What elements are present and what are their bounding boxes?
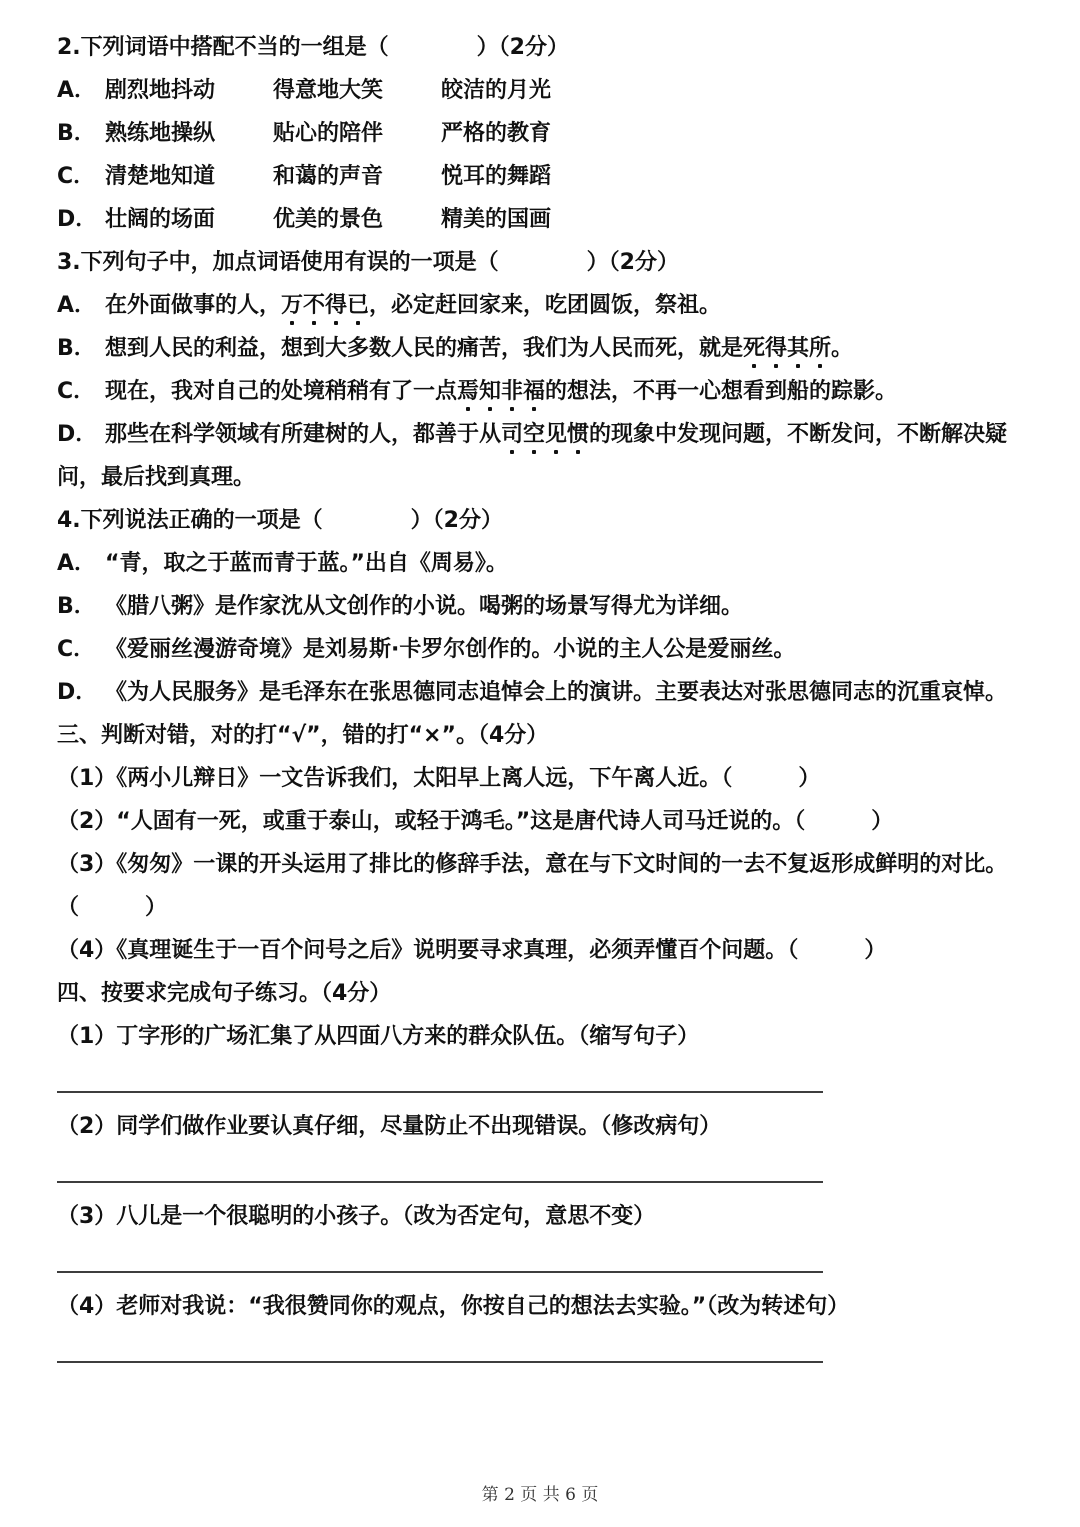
word-pair: 严格的教育: [441, 112, 551, 155]
section-sentence: 四、按要求完成句子练习。（4分） （1）丁字形的广场汇集了从四面八方来的群众队伍…: [57, 972, 1030, 1363]
answer-blank: （ ）: [57, 886, 1030, 929]
answer-line: [57, 1361, 823, 1363]
emphasized-word: 司空见惯: [501, 422, 589, 455]
question-2-stem: 2.下列词语中搭配不当的一组是（ ）（2分）: [57, 26, 1030, 69]
section-judge-title: 三、判断对错，对的打“√”，错的打“×”。（4分）: [57, 714, 1030, 757]
judge-item-text: （2）“人固有一死，或重于泰山，或轻于鸿毛。”这是唐代诗人司马迁说的。: [57, 809, 794, 834]
sentence-item-text: （3）八儿是一个很聪明的小孩子。（改为否定句，意思不变）: [57, 1195, 1030, 1238]
page-footer: 第 2 页 共 6 页: [0, 1480, 1080, 1505]
question-3-option-d: D．那些在科学领域有所建树的人，都善于从司空见惯的现象中发现问题，不断发问，不断…: [57, 413, 1030, 499]
option-label: A．: [57, 542, 105, 585]
question-4-option-b: B．《腊八粥》是作家沈从文创作的小说。喝粥的场景写得尤为详细。: [57, 585, 1030, 628]
word-pair: 精美的国画: [441, 198, 551, 241]
question-4-option-c: C．《爱丽丝漫游奇境》是刘易斯·卡罗尔创作的。小说的主人公是爱丽丝。: [57, 628, 1030, 671]
word-pair: 清楚地知道: [105, 155, 273, 198]
option-text: 想到人民的利益，想到大多数人民的痛苦，我们为人民而死，就是: [105, 336, 743, 361]
option-text: 的想法，不再一心想看到船的踪影。: [545, 379, 897, 404]
option-text: 《腊八粥》是作家沈从文创作的小说。喝粥的场景写得尤为详细。: [105, 594, 743, 619]
judge-item-2: （2）“人固有一死，或重于泰山，或轻于鸿毛。”这是唐代诗人司马迁说的。（ ）: [57, 800, 1030, 843]
judge-item-text: （3）《匆匆》一课的开头运用了排比的修辞手法，意在与下文时间的一去不复返形成鲜明…: [57, 852, 1007, 877]
option-label: C．: [57, 370, 105, 413]
answer-blank: （ ）: [721, 766, 820, 791]
sentence-item-text: （4）老师对我说：“我很赞同你的观点，你按自己的想法去实验。”（改为转述句）: [57, 1285, 1030, 1328]
option-text: 。: [831, 336, 853, 361]
question-2-option-c: C．清楚地知道和蔼的声音悦耳的舞蹈: [57, 155, 1030, 198]
section-sentence-title: 四、按要求完成句子练习。（4分）: [57, 972, 1030, 1015]
option-label: B．: [57, 112, 105, 155]
option-label: D．: [57, 671, 105, 714]
answer-blank: （ ）: [794, 809, 893, 834]
judge-item-1: （1）《两小儿辩日》一文告诉我们，太阳早上离人远，下午离人近。（ ）: [57, 757, 1030, 800]
option-text: 《爱丽丝漫游奇境》是刘易斯·卡罗尔创作的。小说的主人公是爱丽丝。: [105, 637, 795, 662]
word-pair: 壮阔的场面: [105, 198, 273, 241]
word-pair: 贴心的陪伴: [273, 112, 441, 155]
emphasized-word: 万不得已: [281, 293, 369, 326]
option-text: ，必定赶回家来，吃团圆饭，祭祖。: [369, 293, 721, 318]
question-2-option-d: D．壮阔的场面优美的景色精美的国画: [57, 198, 1030, 241]
question-4-option-a: A．“青，取之于蓝而青于蓝。”出自《周易》。: [57, 542, 1030, 585]
answer-line: [57, 1091, 823, 1093]
question-2-option-a: A．剧烈地抖动得意地大笑皎洁的月光: [57, 69, 1030, 112]
judge-item-4: （4）《真理诞生于一百个问号之后》说明要寻求真理，必须弄懂百个问题。（ ）: [57, 929, 1030, 972]
answer-blank: （ ）: [787, 938, 886, 963]
word-pair: 优美的景色: [273, 198, 441, 241]
question-3-option-c: C．现在，我对自己的处境稍稍有了一点焉知非福的想法，不再一心想看到船的踪影。: [57, 370, 1030, 413]
word-pair: 得意地大笑: [273, 69, 441, 112]
option-label: A．: [57, 69, 105, 112]
question-3-option-a: A．在外面做事的人，万不得已，必定赶回家来，吃团圆饭，祭祖。: [57, 284, 1030, 327]
section-judge: 三、判断对错，对的打“√”，错的打“×”。（4分） （1）《两小儿辩日》一文告诉…: [57, 714, 1030, 972]
option-text: “青，取之于蓝而青于蓝。”出自《周易》。: [105, 551, 508, 576]
word-pair: 熟练地操纵: [105, 112, 273, 155]
question-4-stem: 4.下列说法正确的一项是（ ）（2分）: [57, 499, 1030, 542]
answer-line: [57, 1271, 823, 1273]
sentence-item-4: （4）老师对我说：“我很赞同你的观点，你按自己的想法去实验。”（改为转述句）: [57, 1285, 1030, 1363]
option-text: 《为人民服务》是毛泽东在张思德同志追悼会上的演讲。主要表达对张思德同志的沉重哀悼…: [105, 680, 1007, 705]
option-label: C．: [57, 155, 105, 198]
emphasized-word: 死得其所: [743, 336, 831, 369]
answer-line: [57, 1181, 823, 1183]
option-label: B．: [57, 327, 105, 370]
option-label: D．: [57, 413, 105, 456]
option-label: A．: [57, 284, 105, 327]
sentence-item-2: （2）同学们做作业要认真仔细，尽量防止不出现错误。（修改病句）: [57, 1105, 1030, 1183]
option-label: C．: [57, 628, 105, 671]
emphasized-word: 焉知非福: [457, 379, 545, 412]
question-2-option-b: B．熟练地操纵贴心的陪伴严格的教育: [57, 112, 1030, 155]
sentence-item-text: （1）丁字形的广场汇集了从四面八方来的群众队伍。（缩写句子）: [57, 1015, 1030, 1058]
option-label: D．: [57, 198, 105, 241]
sentence-item-1: （1）丁字形的广场汇集了从四面八方来的群众队伍。（缩写句子）: [57, 1015, 1030, 1093]
word-pair: 悦耳的舞蹈: [441, 155, 551, 198]
question-4: 4.下列说法正确的一项是（ ）（2分） A．“青，取之于蓝而青于蓝。”出自《周易…: [57, 499, 1030, 714]
option-text: 那些在科学领域有所建树的人，都善于从: [105, 422, 501, 447]
question-3: 3.下列句子中，加点词语使用有误的一项是（ ）（2分） A．在外面做事的人，万不…: [57, 241, 1030, 499]
judge-item-text: （4）《真理诞生于一百个问号之后》说明要寻求真理，必须弄懂百个问题。: [57, 938, 787, 963]
question-3-option-b: B．想到人民的利益，想到大多数人民的痛苦，我们为人民而死，就是死得其所。: [57, 327, 1030, 370]
option-label: B．: [57, 585, 105, 628]
question-2: 2.下列词语中搭配不当的一组是（ ）（2分） A．剧烈地抖动得意地大笑皎洁的月光…: [57, 26, 1030, 241]
option-text: 现在，我对自己的处境稍稍有了一点: [105, 379, 457, 404]
judge-item-text: （1）《两小儿辩日》一文告诉我们，太阳早上离人远，下午离人近。: [57, 766, 721, 791]
word-pair: 和蔼的声音: [273, 155, 441, 198]
question-4-option-d: D．《为人民服务》是毛泽东在张思德同志追悼会上的演讲。主要表达对张思德同志的沉重…: [57, 671, 1030, 714]
sentence-item-text: （2）同学们做作业要认真仔细，尽量防止不出现错误。（修改病句）: [57, 1105, 1030, 1148]
word-pair: 皎洁的月光: [441, 69, 551, 112]
sentence-item-3: （3）八儿是一个很聪明的小孩子。（改为否定句，意思不变）: [57, 1195, 1030, 1273]
judge-item-3: （3）《匆匆》一课的开头运用了排比的修辞手法，意在与下文时间的一去不复返形成鲜明…: [57, 843, 1030, 929]
question-3-stem: 3.下列句子中，加点词语使用有误的一项是（ ）（2分）: [57, 241, 1030, 284]
word-pair: 剧烈地抖动: [105, 69, 273, 112]
exam-page: 2.下列词语中搭配不当的一组是（ ）（2分） A．剧烈地抖动得意地大笑皎洁的月光…: [0, 0, 1080, 1527]
option-text: 在外面做事的人，: [105, 293, 281, 318]
